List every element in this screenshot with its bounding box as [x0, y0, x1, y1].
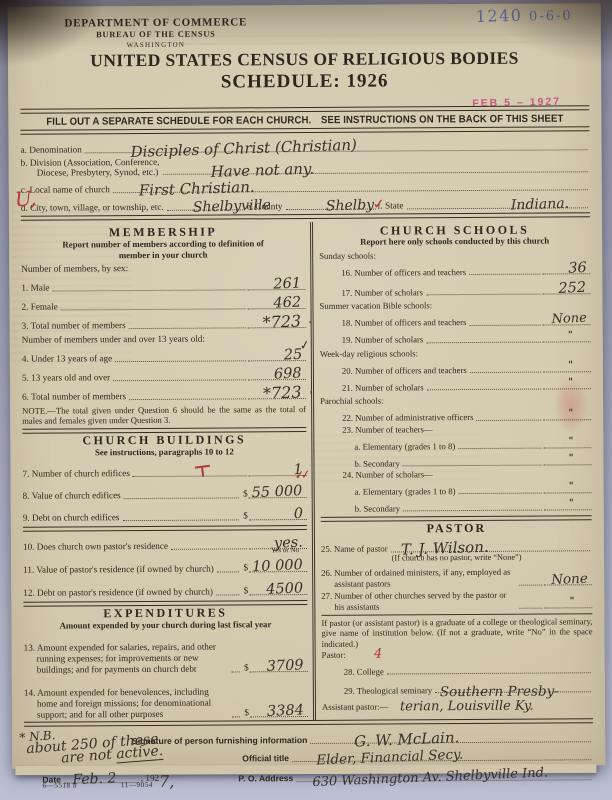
q12-answer-line: 4500: [249, 582, 307, 595]
form-schedule-year: SCHEDULE: 1926: [20, 74, 589, 88]
form-code-1: 6—5518 a: [42, 781, 76, 789]
q20-answer-line: ": [543, 359, 591, 372]
dotted-line: [519, 585, 542, 586]
city-county-state-row: U, d. City, town, village, or township, …: [21, 193, 590, 213]
q1-row: 1. Male 261: [21, 274, 305, 294]
q2-row: 2. Female 462: [21, 293, 305, 313]
q5-value: 698: [274, 368, 302, 381]
sunday-schools-label: Sunday schools:: [319, 249, 590, 261]
dotted-line: [232, 717, 240, 718]
q8-value: 55 000: [252, 485, 303, 499]
dotted-line: [133, 475, 247, 477]
q23b-row: b. Secondary ": [320, 451, 591, 469]
denomination-label: a. Denomination: [21, 144, 82, 155]
dotted-line: [403, 510, 542, 512]
q16-label: 16. Number of officers and teachers: [319, 267, 466, 278]
q9-answer-line: 0: [249, 507, 307, 520]
q9-value: 0: [293, 508, 303, 520]
q12-row: 12. Debt on pastor's residence (if owned…: [23, 575, 307, 599]
red-pencil-mark: 4: [374, 646, 382, 661]
membership-group1-label: Number of members, by sex:: [21, 262, 305, 275]
serial-code: 0-6-0: [529, 8, 573, 24]
official-title-label: Official title: [242, 753, 289, 764]
dollar-sign: $: [244, 663, 249, 674]
q5-row: 5. 13 years old and over 698: [22, 364, 306, 384]
dollar-sign: $: [244, 708, 249, 719]
q13-answer-line: 3709: [250, 659, 308, 672]
q19-label: 19. Number of scholars: [320, 335, 424, 346]
q22-label: 22. Number of administrative officers: [320, 412, 473, 423]
q2-answer-line: 462: [247, 296, 305, 309]
q18-label: 18. Number of officers and teachers: [320, 317, 467, 328]
dotted-line: [426, 341, 540, 343]
q26-label: 26. Number of ordained ministers, if any…: [321, 567, 516, 589]
q21-answer-line: ": [543, 376, 591, 389]
serial-number: 1240: [476, 6, 523, 26]
dotted-line: [426, 294, 540, 296]
q11-value: 10 000: [252, 559, 303, 573]
q27-label: 27. Number of other churches served by t…: [321, 590, 516, 612]
q17-row: 17. Number of scholars 252: [319, 278, 590, 299]
dotted-line: [403, 465, 542, 467]
q10-row: 10. Does church own pastor's residence y…: [23, 531, 307, 553]
q24a-label: a. Elementary (grades 1 to 8): [321, 486, 456, 497]
q4-value: 25: [283, 349, 302, 362]
local-name-row: c. Local name of church First Christian.: [21, 175, 590, 195]
q3-value: *723: [263, 315, 302, 329]
agency-name: DEPARTMENT OF COMMERCE: [58, 17, 254, 29]
dotted-line: [469, 324, 540, 325]
q6-row: 6. Total number of members *723 ✓: [22, 383, 306, 403]
assistant-pastor-label: Assistant pastor:—: [322, 701, 388, 712]
q12-value: 4500: [266, 582, 303, 596]
instruction-banner-text: FILL OUT A SEPARATE SCHEDULE FOR EACH CH…: [20, 110, 589, 130]
q7-row: 7. Number of church edifices 1: [22, 458, 306, 480]
dotted-line: [216, 594, 240, 595]
form-code-2: 11—9054: [121, 781, 153, 789]
q18-row: 18. Number of officers and teachers None: [320, 311, 591, 329]
dotted-line: [458, 448, 541, 450]
q18-value: None: [551, 312, 587, 325]
form-number-codes: 6—5518 a 11—9054: [42, 780, 195, 792]
division-value: Have not any.: [211, 164, 315, 178]
q9-label: 9. Debt on church edifices: [23, 512, 120, 524]
q12-label: 12. Debt on pastor's residence (if owned…: [23, 586, 213, 598]
dollar-sign: $: [243, 562, 248, 573]
q19-answer-line: ": [543, 329, 591, 342]
dollar-sign: $: [243, 510, 248, 521]
dollar-sign: $: [244, 585, 249, 596]
left-column: MEMBERSHIP Report number of members acco…: [21, 222, 313, 722]
q21-value: ": [568, 376, 573, 388]
expenditures-subtitle: Amount expended by your church during la…: [23, 619, 307, 631]
pastor-line-label: Pastor:: [322, 650, 346, 660]
dollar-sign: $: [243, 488, 248, 499]
expenditures-title: EXPENDITURES: [23, 607, 307, 620]
city-label: d. City, town, village, or township, etc…: [21, 202, 164, 214]
division-row: b. Division (Association, Conference, Di…: [21, 153, 590, 177]
q24a-answer-line: ": [544, 481, 592, 494]
schools-subtitle: Report here only schools conducted by th…: [319, 236, 590, 248]
dotted-line: [477, 419, 542, 420]
q10-label: 10. Does church own pastor's residence: [23, 541, 168, 553]
q28-label: 28. College: [322, 666, 384, 677]
handwritten-annotation: * N.B. about 250 of these are not active…: [19, 722, 163, 768]
dotted-line: [123, 519, 240, 521]
q27-row: 27. Number of other churches served by t…: [321, 588, 592, 612]
q4-label: 4. Under 13 years of age: [22, 353, 112, 365]
q21-label: 21. Number of scholars: [320, 382, 424, 393]
q17-value: 252: [558, 282, 586, 295]
q24b-value: ": [569, 498, 574, 510]
instruction-banner: FILL OUT A SEPARATE SCHEDULE FOR EACH CH…: [20, 105, 589, 134]
dotted-line: [470, 372, 541, 373]
q1-value: 261: [273, 278, 301, 291]
q26-answer-line: None: [544, 572, 592, 585]
division-label-line2: Diocese, Presbytery, Synod, etc.): [21, 167, 160, 178]
pastor-line: Pastor: 4: [322, 648, 593, 660]
dotted-line: [459, 493, 542, 495]
q3-label: 3. Total number of members: [22, 320, 126, 332]
q25-label: 25. Name of pastor: [321, 544, 388, 555]
q24a-value: ": [569, 481, 574, 493]
dotted-line: [61, 308, 246, 310]
q21-row: 21. Number of scholars ": [320, 375, 591, 393]
q11-label: 11. Value of pastor's residence (if owne…: [23, 563, 214, 575]
local-name-value: First Christian.: [139, 182, 255, 197]
q5-answer-line: 698: [248, 367, 306, 380]
q19-row: 19. Number of scholars ": [320, 328, 591, 346]
q3-answer-line: *723 ✓: [248, 315, 306, 328]
form-header: DEPARTMENT OF COMMERCE BUREAU OF THE CEN…: [20, 7, 590, 134]
red-checkmark: ✓: [373, 200, 385, 211]
membership-subtitle: Report number of members according to de…: [48, 238, 278, 260]
dotted-line: [387, 672, 591, 674]
annotation-line2b: active.: [116, 743, 164, 764]
q14-value: 3384: [267, 705, 304, 719]
dotted-line: [129, 327, 246, 329]
q23b-value: ": [569, 452, 574, 464]
q22-value: ": [568, 407, 573, 419]
q24b-answer-line: ": [544, 498, 592, 511]
weekday-schools-label: Week-day religious schools:: [320, 347, 591, 359]
q17-label: 17. Number of scholars: [319, 287, 423, 298]
schools-title: CHURCH SCHOOLS: [319, 224, 590, 236]
dotted-line: [124, 497, 239, 499]
q4-row: 4. Under 13 years of age 25: [22, 345, 306, 365]
q11-row: 11. Value of pastor's residence (if owne…: [23, 552, 307, 576]
official-title-value: Elder, Financial Secy.: [316, 749, 463, 766]
q1-label: 1. Male: [21, 283, 49, 294]
q2-label: 2. Female: [21, 302, 57, 313]
q11-answer-line: 10 000: [249, 559, 307, 572]
pastor-title: PASTOR: [321, 523, 592, 535]
buildings-title: CHURCH BUILDINGS: [22, 434, 306, 447]
summer-schools-label: Summer vacation Bible schools:: [319, 300, 590, 312]
q8-row: 8. Value of church edifices $ 55 000: [23, 479, 307, 502]
q24b-row: b. Secondary ": [321, 497, 592, 515]
denomination-row: a. Denomination Disciples of Christ (Chr…: [20, 135, 589, 155]
q6-label: 6. Total number of members: [22, 391, 126, 403]
q24-label: 24. Number of scholars—: [321, 468, 592, 480]
q2-value: 462: [274, 297, 302, 310]
q28-row: 28. College: [322, 659, 593, 677]
buildings-subtitle: See instructions, paragraphs 10 to 12: [22, 446, 306, 458]
scanned-document-photo: DEPARTMENT OF COMMERCE BUREAU OF THE CEN…: [0, 0, 612, 800]
q22-answer-line: ": [543, 407, 591, 420]
q25-row: 25. Name of pastor T. J. Wilson.: [321, 534, 592, 555]
census-schedule-sheet: DEPARTMENT OF COMMERCE BUREAU OF THE CEN…: [8, 3, 606, 769]
q17-answer-line: 252: [542, 282, 590, 295]
q23a-answer-line: ": [543, 435, 591, 448]
q19-value: ": [568, 329, 573, 341]
city-value: Shelbyville: [193, 200, 271, 214]
double-rule: [21, 212, 590, 220]
q26-row: 26. Number of ordained ministers, if any…: [321, 563, 592, 589]
red-margin-mark: U,: [14, 193, 36, 206]
q23b-label: b. Secondary: [320, 458, 399, 469]
q26-value: None: [551, 573, 588, 586]
q24a-row: a. Elementary (grades 1 to 8) ": [321, 480, 592, 498]
q6-answer-line: *723 ✓: [248, 386, 306, 399]
q8-label: 8. Value of church edifices: [23, 490, 121, 502]
q3-row: 3. Total number of members *723 ✓: [22, 312, 306, 332]
po-address-value: 630 Washington Av. Shelbyville Ind.: [312, 767, 548, 788]
q20-label: 20. Number of officers and teachers: [320, 365, 467, 376]
q16-answer-line: 36: [542, 262, 590, 275]
identification-section: a. Denomination Disciples of Christ (Chr…: [20, 135, 589, 213]
dotted-line: [217, 571, 240, 572]
dotted-line: [129, 398, 246, 400]
agency-block: DEPARTMENT OF COMMERCE BUREAU OF THE CEN…: [58, 17, 254, 51]
dotted-line: [52, 289, 245, 291]
q23a-label: a. Elementary (grades 1 to 8): [320, 441, 455, 452]
q5-label: 5. 13 years old and over: [22, 372, 110, 384]
serial-number-stamp: 1240 0-6-0: [476, 8, 573, 24]
q9-row: 9. Debt on church edifices $ 0: [23, 501, 307, 524]
q16-row: 16. Number of officers and teachers 36: [319, 261, 590, 279]
q23a-value: ": [569, 435, 574, 447]
pastor-grad-block: If pastor (or assistant pastor) is a gra…: [321, 613, 593, 720]
q7-label: 7. Number of church edifices: [22, 468, 129, 480]
q23a-row: a. Elementary (grades 1 to 8) ": [320, 434, 591, 452]
state-value: Indiana.: [511, 199, 569, 212]
q27-value: ": [570, 596, 575, 608]
q29-row: 29. Theological seminary Southern Presby…: [322, 676, 593, 696]
q14-answer-line: 3384: [250, 704, 308, 717]
q18-answer-line: None: [543, 312, 591, 325]
q13-row: 13. Amount expended for salaries, repair…: [23, 630, 307, 676]
q13-value: 3709: [267, 660, 304, 674]
membership-group2-label: Number of members under and over 13 year…: [22, 333, 306, 346]
dotted-line: [113, 379, 246, 381]
gutter-checkmark: ✓: [299, 339, 311, 352]
q25-value: T. J. Wilson.: [401, 542, 489, 555]
membership-note: NOTE.—The total given under Question 6 s…: [22, 404, 306, 426]
dotted-line: [171, 548, 247, 549]
division-label: b. Division (Association, Conference, Di…: [21, 157, 160, 178]
q27-answer-line: ": [544, 595, 592, 608]
q14-row: 14. Amount expended for benevolences, in…: [24, 675, 308, 721]
county-value: Shelby: [326, 200, 375, 213]
dotted-line: [469, 274, 540, 275]
form-columns: ✓ ✓✓ MEMBERSHIP Report number of members…: [21, 220, 593, 721]
q24b-label: b. Secondary: [321, 503, 400, 514]
q22-row: 22. Number of administrative officers ": [320, 406, 591, 424]
q16-value: 36: [568, 262, 587, 275]
q23b-answer-line: ": [543, 452, 591, 465]
right-column: CHURCH SCHOOLS Report here only schools …: [313, 220, 593, 720]
q1-answer-line: 261: [247, 277, 305, 290]
red-tally-mark: [195, 465, 211, 478]
q10-answer-line: yes. Yes or No: [249, 536, 307, 549]
dotted-line: [519, 608, 542, 609]
gutter-checkmarks: ✓✓: [294, 469, 307, 481]
q4-answer-line: 25: [248, 348, 306, 361]
dotted-line: [115, 360, 246, 362]
q14-label: 14. Amount expended for benevolences, in…: [24, 687, 230, 721]
membership-title: MEMBERSHIP: [21, 226, 305, 239]
q20-row: 20. Number of officers and teachers ": [320, 358, 591, 376]
dotted-line: [427, 389, 541, 391]
grad-instruction: If pastor (or assistant pastor) is a gra…: [321, 616, 592, 648]
dotted-line: [232, 672, 240, 673]
signature-section: * N.B. about 250 of these are not active…: [24, 726, 593, 793]
q20-value: ": [568, 359, 573, 371]
form-title: UNITED STATES CENSUS OF RELIGIOUS BODIES: [20, 52, 589, 66]
q6-value: *723: [263, 386, 302, 400]
q29-label: 29. Theological seminary: [322, 685, 432, 696]
assistant-pastor-row: Assistant pastor:— terian, Louisville Ky…: [322, 695, 593, 712]
q8-answer-line: 55 000: [249, 485, 307, 498]
q13-label: 13. Amount expended for salaries, repair…: [24, 642, 230, 676]
q23-label: 23. Number of teachers—: [320, 423, 591, 435]
